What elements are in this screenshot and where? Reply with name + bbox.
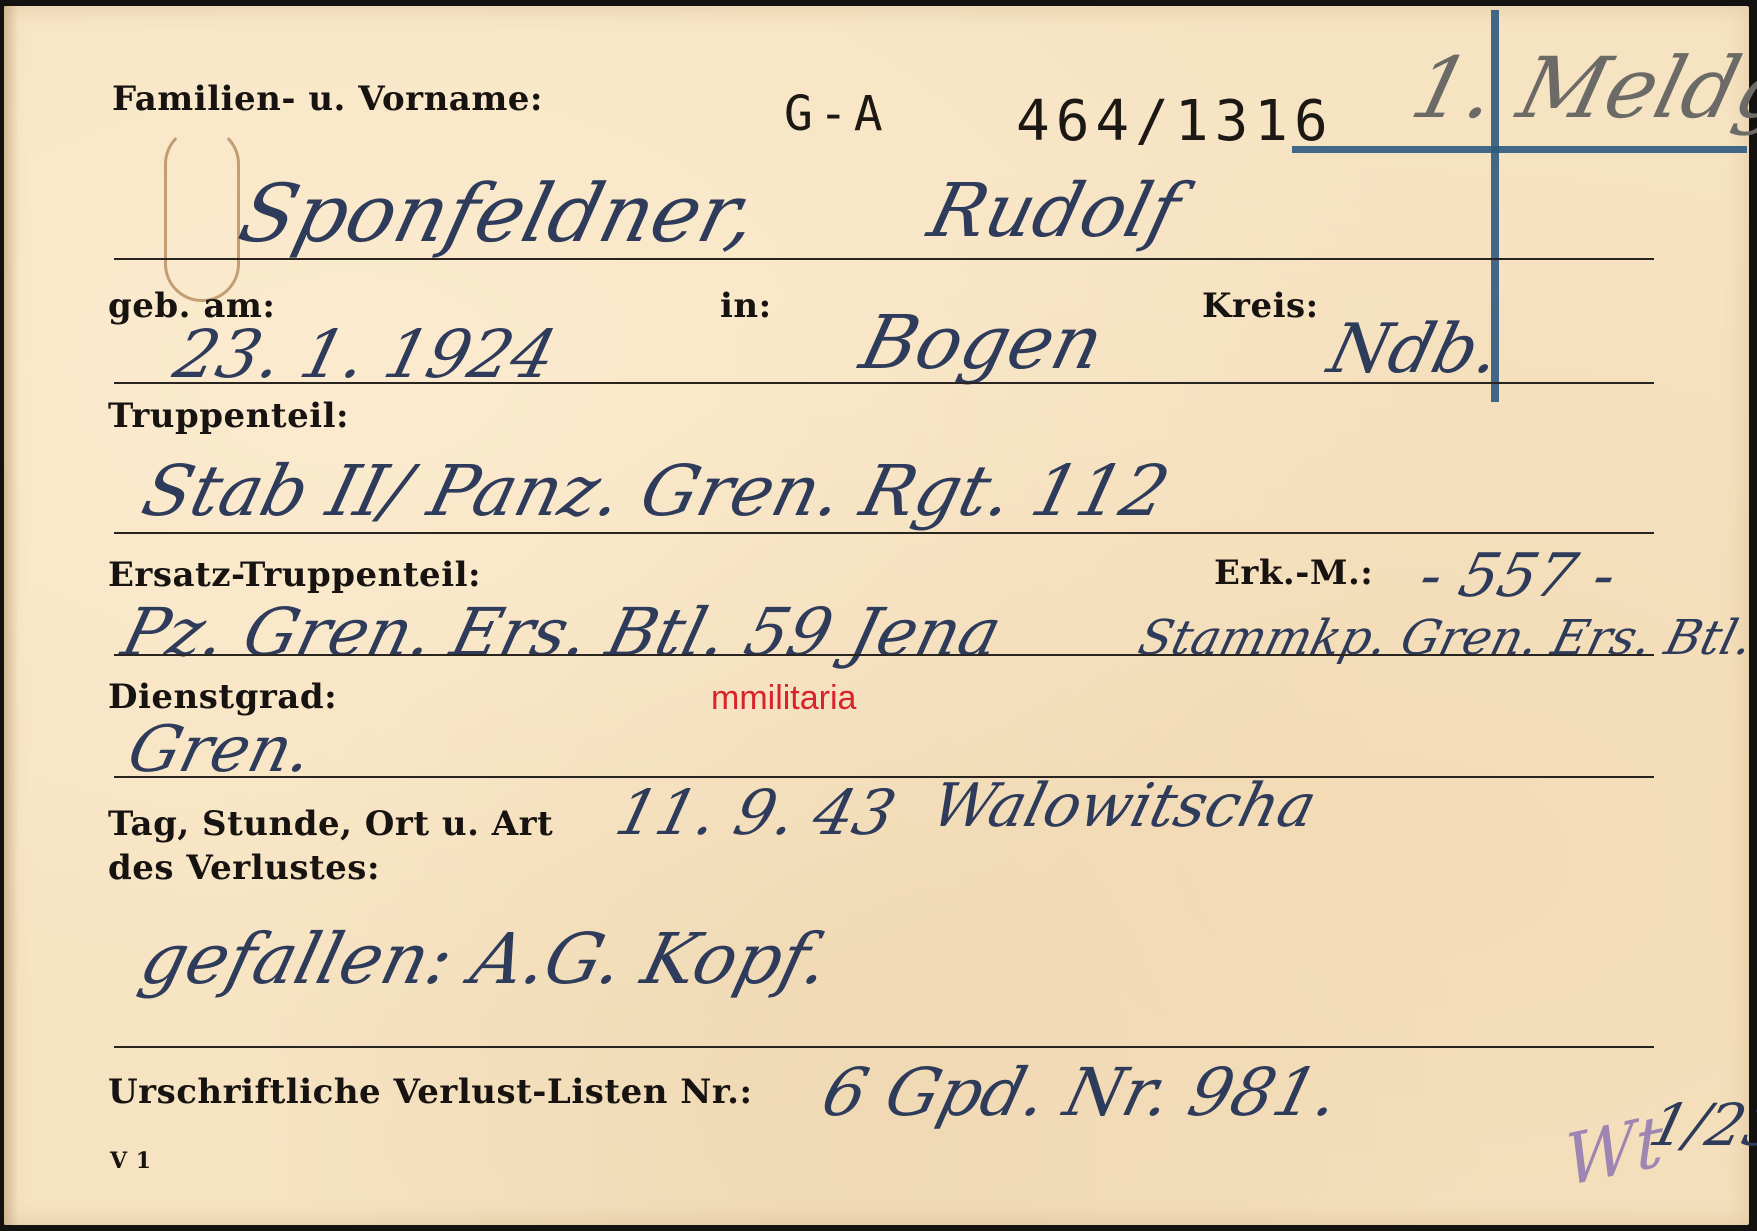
form-code: V 1 [110,1150,152,1172]
label-name: Familien- u. Vorname: [112,82,543,116]
rule-birth [114,382,1654,384]
file-number: 464/1316 [1016,94,1334,150]
rust-stain [164,126,240,302]
label-replacement-unit: Ersatz-Truppenteil: [108,558,481,592]
rule-name [114,258,1654,260]
label-rank: Dienstgrad: [108,680,337,714]
id-tag-value: - 557 - [1414,546,1622,606]
label-birth-place: in: [720,289,772,323]
surname-value: Sponfeldner, [232,174,765,254]
corner-pencil-note: 1. Meldg. [1404,46,1757,130]
label-district: Kreis: [1202,289,1319,323]
file-number-prefix: G-A [784,90,889,138]
birth-date-value: 23. 1. 1924 [168,322,562,388]
replacement-unit-value: Pz. Gren. Ers. Btl. 59 Jena [116,600,1007,666]
rule-replacement-unit [114,654,1654,656]
rank-value: Gren. [122,718,319,782]
date-fraction-mark: 1/23 [1644,1096,1757,1154]
unit-value: Stab II/ Panz. Gren. Rgt. 112 [136,456,1176,526]
given-name-value: Rudolf [922,174,1187,248]
rule-unit [114,532,1654,534]
rule-loss [114,1046,1654,1048]
label-loss-line2: des Verlustes: [108,851,380,885]
loss-type-value: gefallen: A.G. Kopf. [134,924,836,994]
watermark: mmilitaria [711,681,856,715]
card-edge-shadow [4,6,18,1225]
loss-card: Familien- u. Vorname: G-A 464/1316 1. Me… [4,6,1749,1225]
loss-list-value: 6 Gpd. Nr. 981. [816,1060,1346,1126]
loss-place-value: Walowitscha [926,776,1322,836]
label-id-tag: Erk.-M.: [1214,556,1373,590]
label-unit: Truppenteil: [108,399,349,433]
label-loss-list: Urschriftliche Verlust-Listen Nr.: [108,1075,753,1109]
loss-date-value: 11. 9. 43 [610,782,902,844]
birth-place-value: Bogen [854,306,1110,380]
district-value: Ndb. [1322,316,1507,384]
blue-crayon-horizontal [1292,146,1747,153]
label-loss-line1: Tag, Stunde, Ort u. Art [108,807,553,841]
